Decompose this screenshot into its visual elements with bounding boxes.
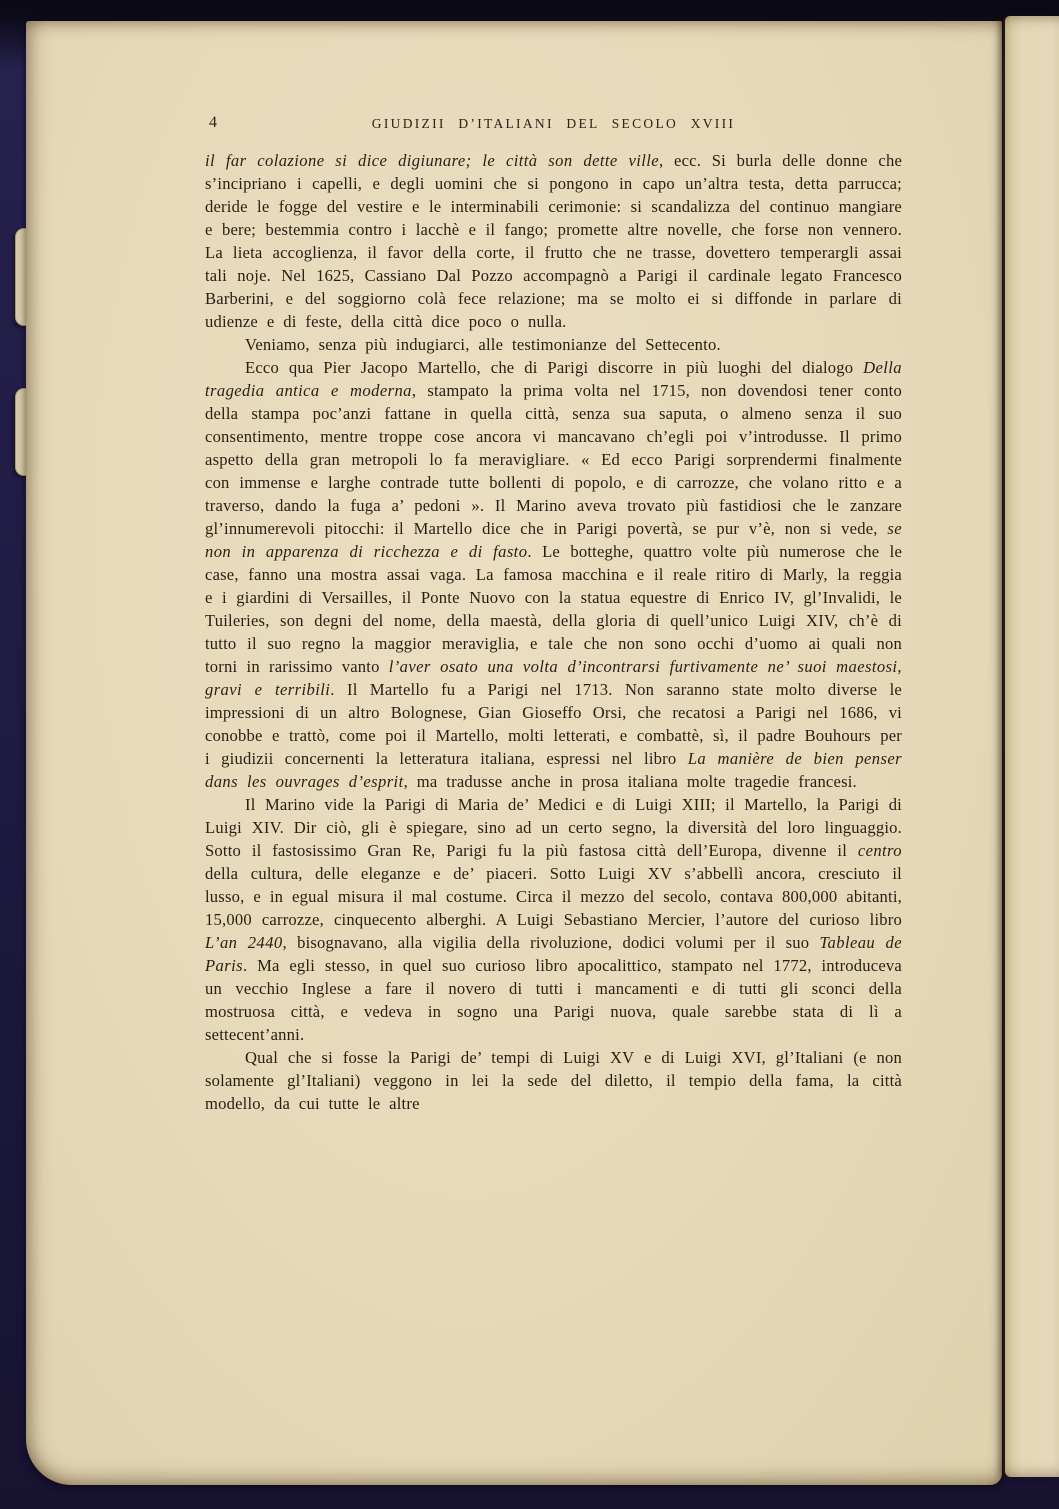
text-run: Veniamo, senza più indugiarci, alle test… [245,335,721,354]
paragraph: il far colazione si dice digiunare; le c… [205,149,902,333]
page-header: 4 GIUDIZII D’ITALIANI DEL SECOLO XVIII [205,113,902,137]
running-header: GIUDIZII D’ITALIANI DEL SECOLO XVIII [205,116,902,132]
text-run: Qual che si fosse la Parigi de’ tempi di… [205,1048,902,1113]
paragraph: Qual che si fosse la Parigi de’ tempi di… [205,1046,902,1115]
italic-text-run: centro [858,841,902,860]
paragraph: Il Marino vide la Parigi di Maria de’ Me… [205,793,902,1046]
text-run: , stampato la prima volta nel 1715, non … [205,381,902,538]
text-run: , ecc. Si burla delle donne che s’incipr… [205,151,902,331]
text-run: Il Marino vide la Parigi di Maria de’ Me… [205,795,902,860]
text-run: Ecco qua Pier Jacopo Martello, che di Pa… [245,358,863,377]
book-page: 4 GIUDIZII D’ITALIANI DEL SECOLO XVIII i… [26,21,1002,1485]
italic-text-run: L’an 2440 [205,933,283,952]
text-run: . Le botteghe, quattro volte più numeros… [205,542,902,676]
text-run: , ma tradusse anche in prosa italiana mo… [404,772,857,791]
paragraph: Ecco qua Pier Jacopo Martello, che di Pa… [205,356,902,793]
text-run: , bisognavano, alla vigilia della rivolu… [283,933,820,952]
paragraph: Veniamo, senza più indugiarci, alle test… [205,333,902,356]
page-body-text: il far colazione si dice digiunare; le c… [205,149,902,1115]
scanned-book-spread: 4 GIUDIZII D’ITALIANI DEL SECOLO XVIII i… [0,0,1059,1509]
facing-page-edge [1005,16,1059,1477]
italic-text-run: il far colazione si dice digiunare; le c… [205,151,659,170]
text-run: . Ma egli stesso, in quel suo curioso li… [205,956,902,1044]
text-run: della cultura, delle eleganze e de’ piac… [205,864,902,929]
